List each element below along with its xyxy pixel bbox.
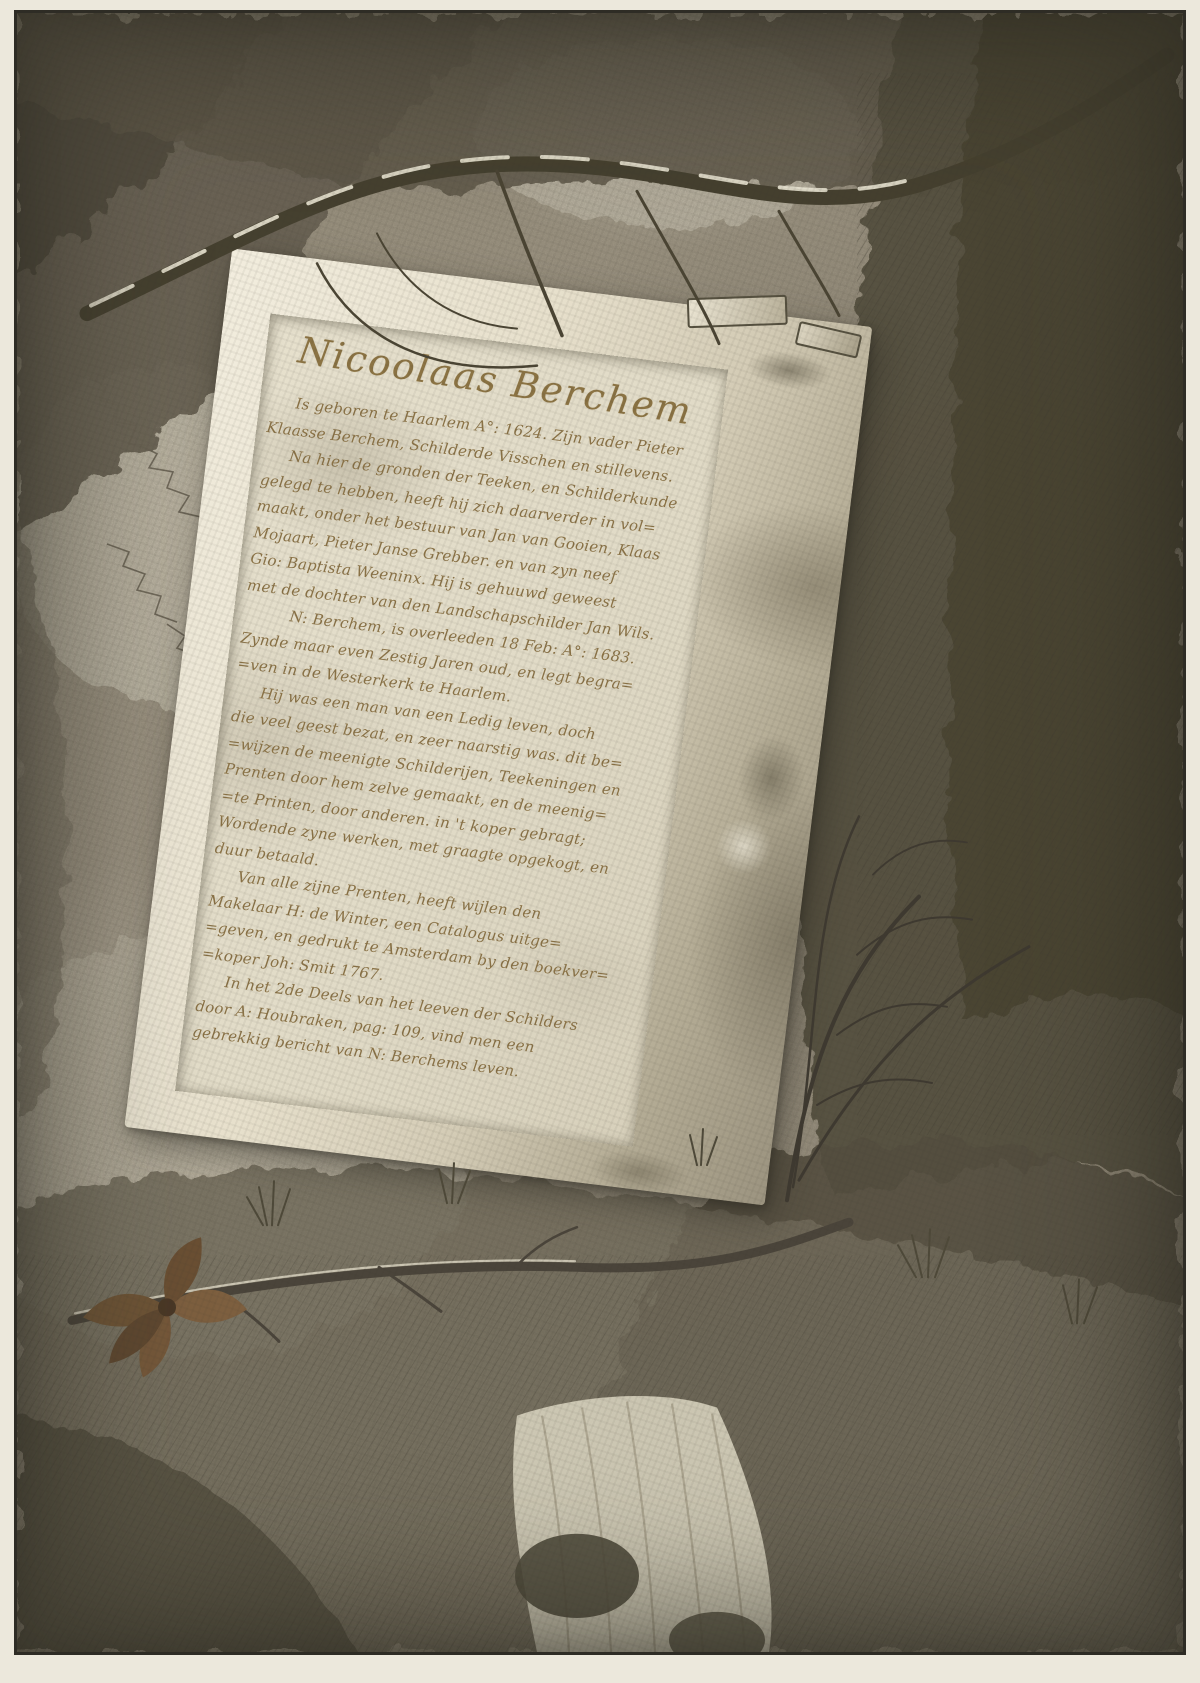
artwork-frame: Nicoolaas Berchem Is geboren te Haarlem … xyxy=(0,0,1200,1683)
drawing-area: Nicoolaas Berchem Is geboren te Haarlem … xyxy=(14,10,1186,1655)
stone-tablet: Nicoolaas Berchem Is geboren te Haarlem … xyxy=(124,248,872,1205)
inscription-panel: Nicoolaas Berchem Is geboren te Haarlem … xyxy=(175,314,728,1147)
stone-rubble xyxy=(687,295,788,328)
